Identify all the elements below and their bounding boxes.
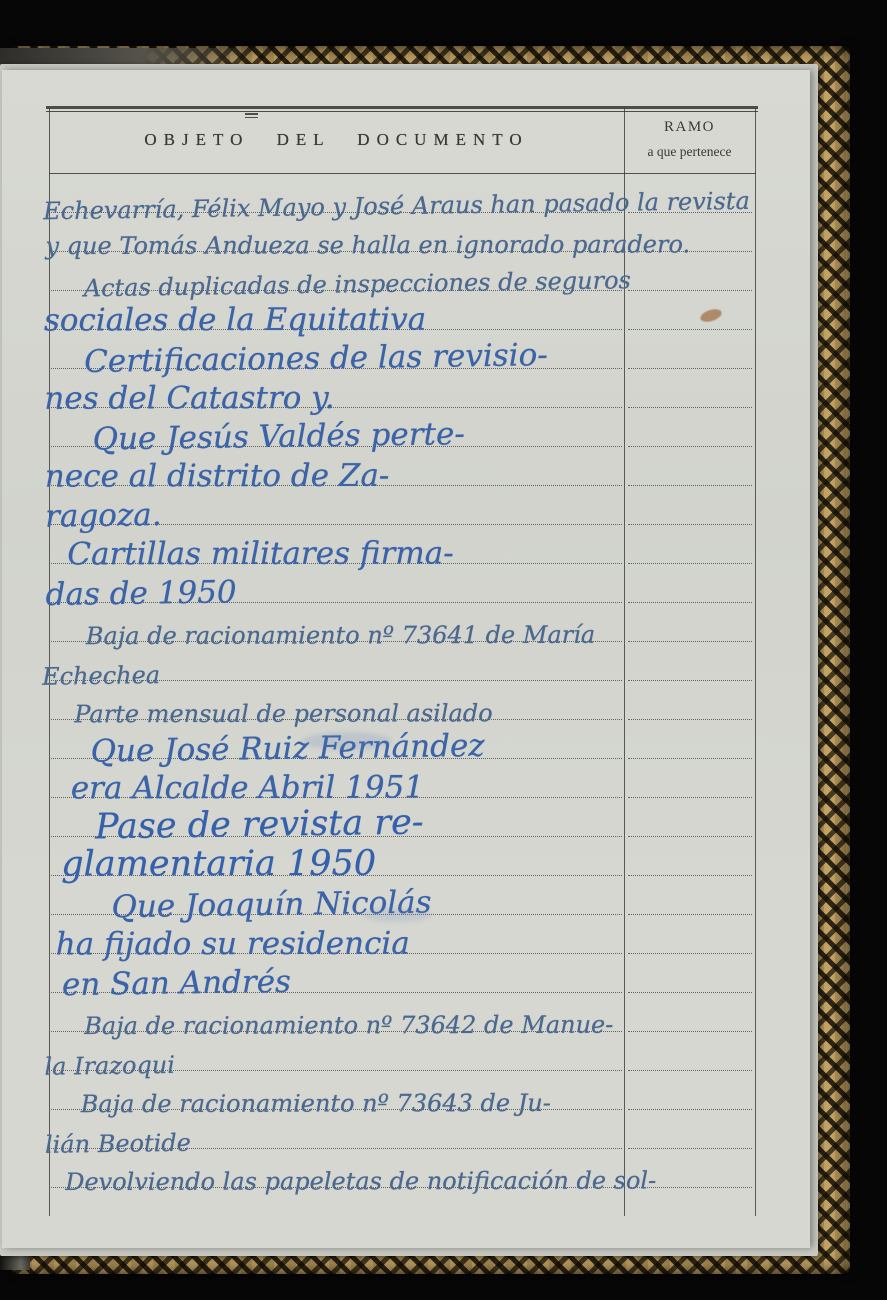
handwriting-line: lián Beotide [45,1131,191,1157]
handwriting-line: ha fijado su residencia [56,929,410,961]
handwriting-line: ragoza. [45,500,162,533]
handwriting-line: Baja de racionamiento nº 73641 de María [86,623,595,648]
handwriting-line: Echevarría, Félix Mayo y José Araus han … [43,189,750,223]
ink-smudge [362,908,432,922]
handwriting-line: das de 1950 [45,577,236,611]
handwriting-line: nece al distrito de Za- [45,461,390,493]
handwriting-line: Baja de racionamiento nº 73642 de Manue- [84,1013,613,1038]
handwriting-line: Certificaciones de las revisio- [84,340,548,378]
handwriting-line: Devolviendo las papeletas de notificació… [65,1169,656,1195]
handwriting-line: Parte mensual de personal asilado [74,701,492,726]
scan-background: OBJETO DEL DOCUMENTO RAMO a que pertenec… [0,0,887,1300]
ink-smudge [302,732,392,750]
handwriting-line: la Irazoqui [44,1053,175,1079]
handwriting-line: Que Jesús Valdés perte- [92,419,465,456]
handwriting-line: Echechea [42,663,160,689]
handwriting-line: Que José Ruiz Fernández [90,731,485,768]
handwriting-line: Actas duplicadas de inspecciones de segu… [84,268,631,300]
handwriting-line: Baja de racionamiento nº 73643 de Ju- [81,1091,551,1116]
handwriting-line: sociales de la Equitativa [44,305,426,337]
ledger-page: OBJETO DEL DOCUMENTO RAMO a que pertenec… [2,70,810,1248]
handwriting-line: en San Andrés [62,967,291,1001]
handwriting-line: nes del Catastro y. [44,383,334,415]
handwriting-layer: Echevarría, Félix Mayo y José Araus han … [0,68,814,1251]
handwriting-line: era Alcalde Abril 1951 [71,773,424,805]
handwriting-line: y que Tomás Andueza se halla en ignorado… [45,232,690,258]
handwriting-line: Cartillas militares firma- [67,538,453,570]
handwriting-line: Pase de revista re- [95,805,424,845]
handwriting-line: glamentaria 1950 [61,847,376,883]
